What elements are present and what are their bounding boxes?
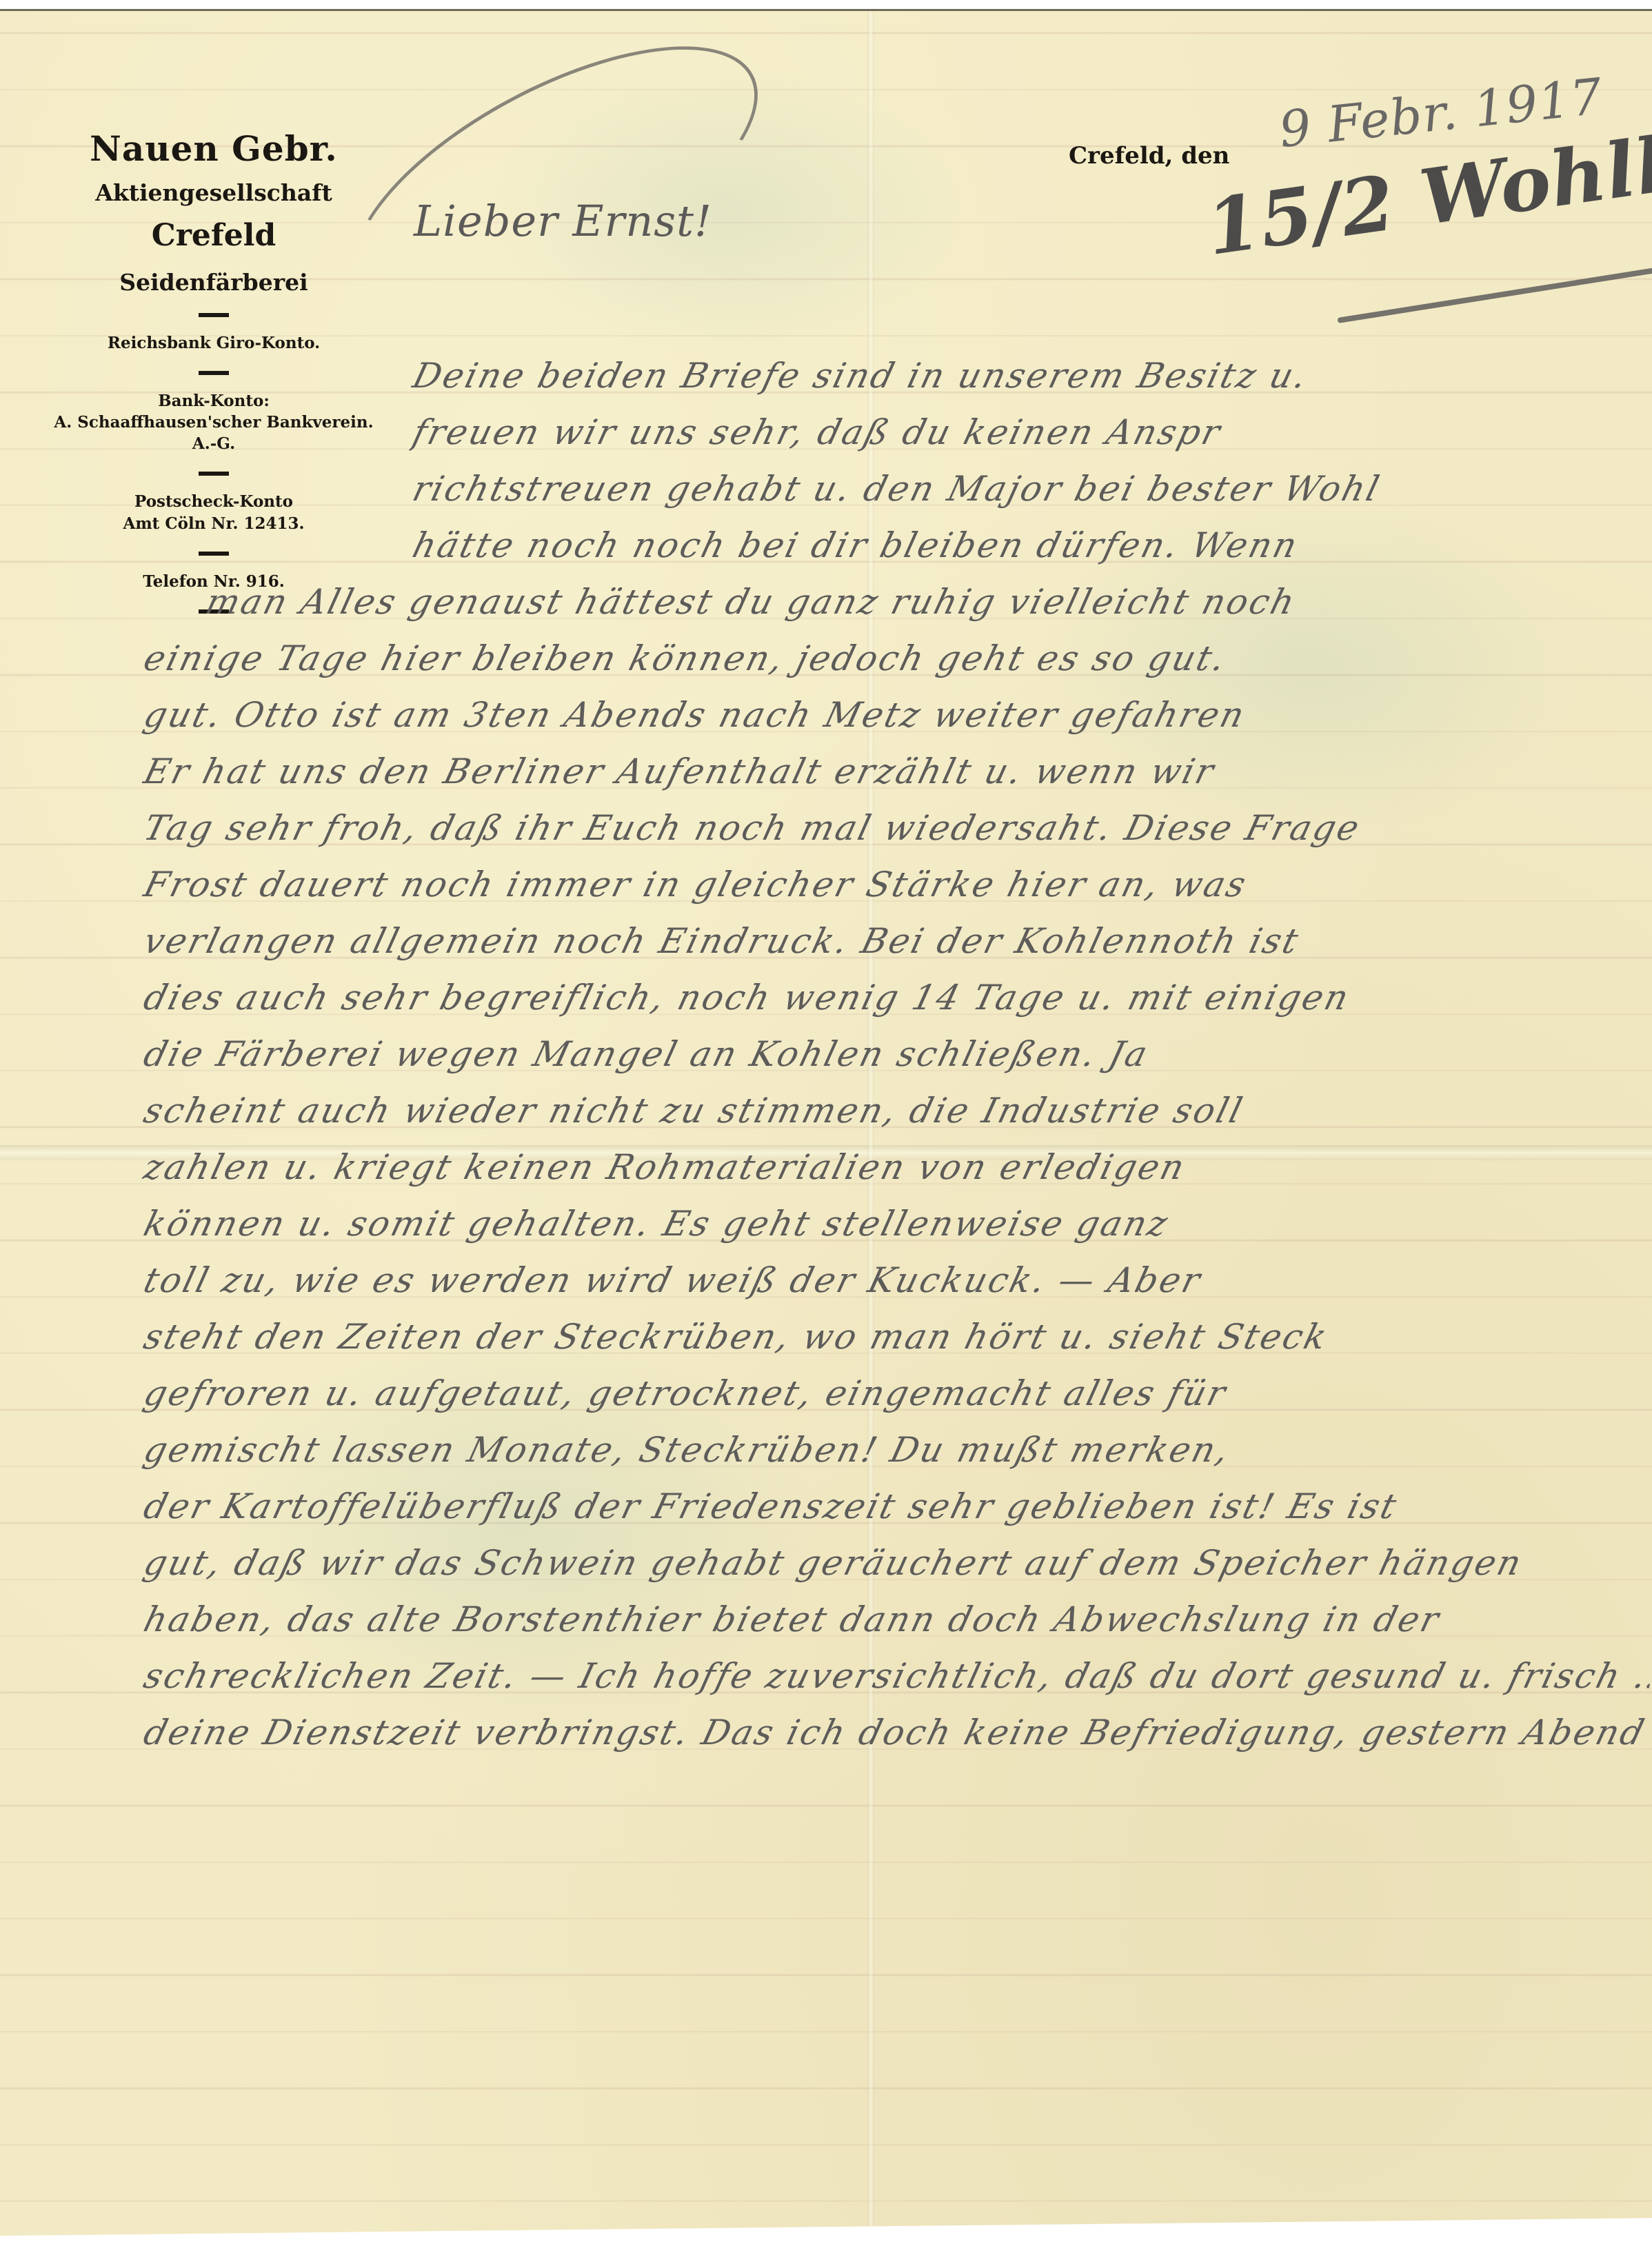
handwritten-line: einige Tage hier bleiben können, jedoch …: [140, 638, 1652, 678]
handwritten-line: gefroren u. aufgetaut, getrocknet, einge…: [140, 1373, 1652, 1413]
handwritten-line: man Alles genaust hättest du ganz ruhig …: [202, 582, 1652, 622]
handwritten-line: können u. somit gehalten. Es geht stelle…: [140, 1204, 1652, 1244]
letter-body: Deine beiden Briefe sind in unserem Besi…: [0, 11, 1652, 2236]
handwritten-line: Frost dauert noch immer in gleicher Stär…: [140, 865, 1652, 905]
handwritten-line: dies auch sehr begreiflich, noch wenig 1…: [140, 978, 1652, 1018]
handwritten-line: Deine beiden Briefe sind in unserem Besi…: [409, 356, 1652, 396]
handwritten-line: haben, das alte Borstenthier bietet dann…: [140, 1599, 1652, 1639]
handwritten-line: gemischt lassen Monate, Steckrüben! Du m…: [140, 1430, 1652, 1470]
handwritten-line: hätte noch noch bei dir bleiben dürfen. …: [409, 525, 1652, 565]
handwritten-line: verlangen allgemein noch Eindruck. Bei d…: [140, 921, 1652, 961]
handwritten-line: gut, daß wir das Schwein gehabt geräuche…: [140, 1543, 1652, 1583]
handwritten-line: steht den Zeiten der Steckrüben, wo man …: [140, 1317, 1652, 1357]
letter-page: Nauen Gebr. Aktiengesellschaft Crefeld S…: [0, 9, 1652, 2236]
handwritten-line: die Färberei wegen Mangel an Kohlen schl…: [140, 1034, 1652, 1074]
handwritten-line: Tag sehr froh, daß ihr Euch noch mal wie…: [140, 808, 1652, 848]
handwritten-line: toll zu, wie es werden wird weiß der Kuc…: [140, 1260, 1652, 1300]
handwritten-line: der Kartoffelüberfluß der Friedenszeit s…: [140, 1486, 1652, 1526]
handwritten-line: zahlen u. kriegt keinen Rohmaterialien v…: [140, 1147, 1652, 1187]
handwritten-line: gut. Otto ist am 3ten Abends nach Metz w…: [140, 695, 1652, 735]
handwritten-line: deine Dienstzeit verbringst. Das ich doc…: [140, 1713, 1652, 1753]
handwritten-line: schrecklichen Zeit. — Ich hoffe zuversic…: [140, 1656, 1652, 1696]
handwritten-line: scheint auch wieder nicht zu stimmen, di…: [140, 1091, 1652, 1131]
handwritten-line: freuen wir uns sehr, daß du keinen Anspr: [409, 412, 1652, 452]
handwritten-line: Er hat uns den Berliner Aufenthalt erzäh…: [140, 751, 1652, 791]
handwritten-line: richtstreuen gehabt u. den Major bei bes…: [409, 469, 1652, 509]
